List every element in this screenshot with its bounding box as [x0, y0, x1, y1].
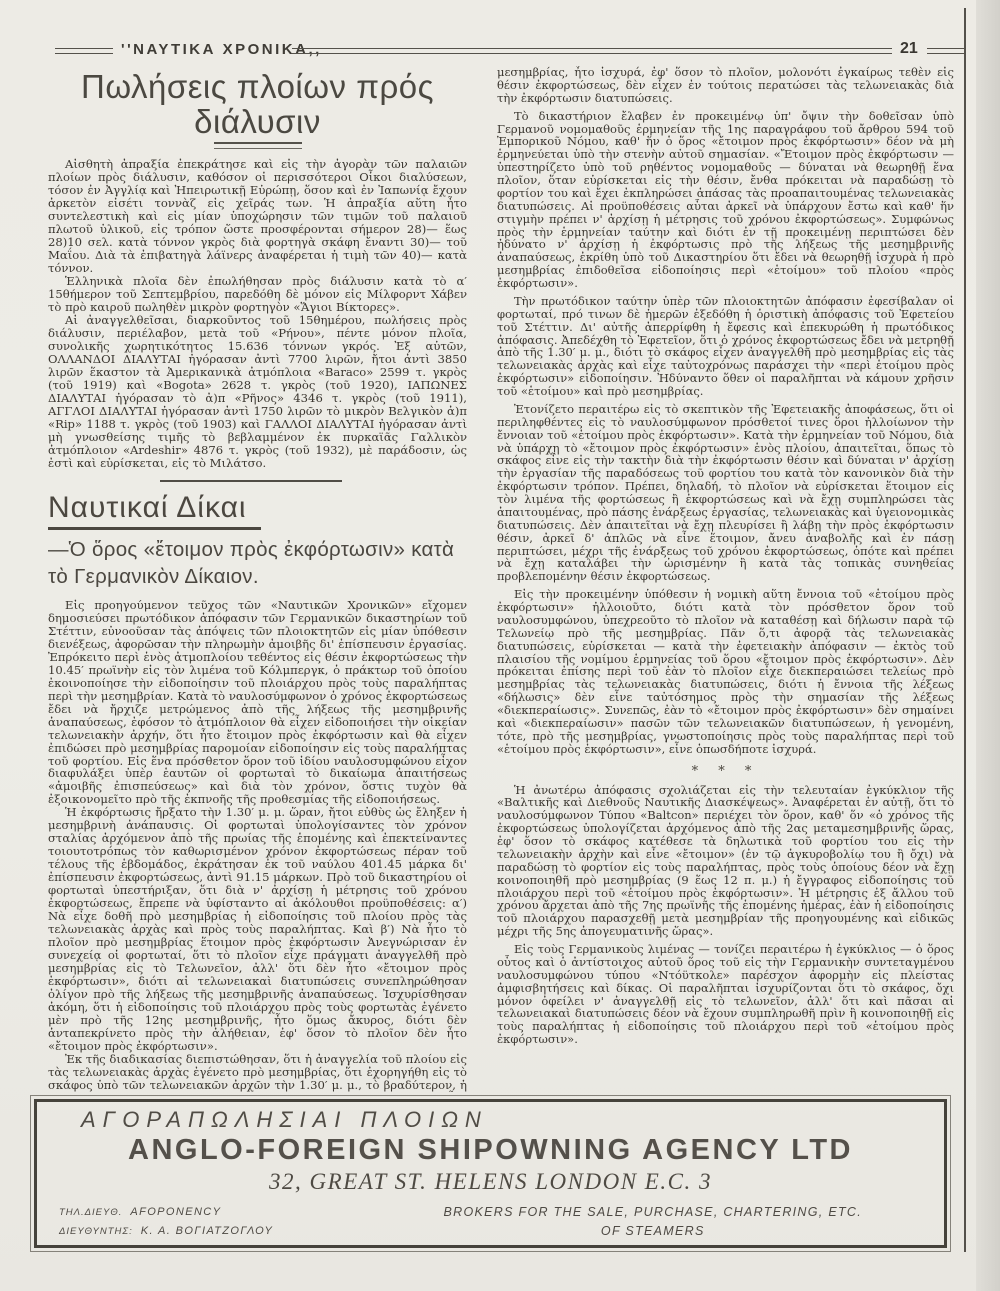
article-separator-rule	[160, 480, 342, 482]
section-paragraph: Ἡ ἐκφόρτωσις ἤρξατο τὴν 1.30′ μ. μ. ὥραν…	[48, 806, 467, 1053]
section-paragraph: Ἐτονίζετο περαιτέρω εἰς τὸ σκεπτικὸν τῆς…	[497, 403, 954, 583]
ad-telegraph-value: AFOPONENCY	[130, 1206, 221, 1218]
article-title: Πωλήσεις πλοίων πρός διάλυσιν	[48, 70, 467, 139]
left-column: Πωλήσεις πλοίων πρός διάλυσιν Αἰσθητὴ ἀπ…	[48, 66, 467, 1092]
ad-director-line: ΔΙΕΥΘΥΝΤΗΣ:Κ. Α. ΒΟΓΙΑΤΖΟΓΛΟΥ	[59, 1222, 273, 1241]
section-paragraph: Εἰς τοὺς Γερμανικοὺς λιμένας — τονίζει π…	[497, 943, 954, 1046]
ad-director-value: Κ. Α. ΒΟΓΙΑΤΖΟΓΛΟΥ	[141, 1225, 273, 1237]
ad-brokers-line1: BROKERS FOR THE SALE, PURCHASE, CHARTERI…	[444, 1203, 862, 1222]
masthead-rule-right	[927, 48, 965, 54]
page-number: 21	[900, 40, 918, 58]
section-paragraph: Τὸ δικαστήριον ἔλαβεν ἐν προκειμένῳ ὑπ' …	[497, 110, 954, 290]
section-subheading: —Ὁ ὅρος «ἔτοιμον πρὸς ἐκφόρτωσιν» κατὰ τ…	[48, 537, 467, 590]
right-column: μεσημβρίας, ἦτο ἰσχυρά, ἐφ' ὅσον τὸ πλοῖ…	[497, 66, 954, 1092]
ad-brokers-line2: OF STEAMERS	[444, 1222, 862, 1241]
section-paragraph: Εἰς προηγούμενον τεῦχος τῶν «Ναυτικῶν Χρ…	[48, 599, 467, 807]
ad-footer-row: ΤΗΛ.ΔΙΕΥΘ.AFOPONENCY ΔΙΕΥΘΥΝΤΗΣ:Κ. Α. ΒΟ…	[49, 1203, 932, 1242]
ad-heading: ΑΓΟΡΑΠΩΛΗΣΙΑΙ ΠΛΟΙΩΝ	[81, 1107, 932, 1133]
section-paragraph: Τὴν πρωτόδικον ταύτην ὑπὲρ τῶν πλοιοκτητ…	[497, 295, 954, 398]
masthead-rule-center	[292, 48, 892, 54]
article-paragraph: Αἰσθητὴ ἀπραξία ἐπεκράτησε καὶ εἰς τὴν ἀ…	[48, 158, 467, 275]
ad-brokers-block: BROKERS FOR THE SALE, PURCHASE, CHARTERI…	[444, 1203, 862, 1241]
advertisement-box: ΑΓΟΡΑΠΩΛΗΣΙΑΙ ΠΛΟΙΩΝ ANGLO-FOREIGN SHIPO…	[30, 1095, 951, 1252]
section-paragraph: Ἐκ τῆς διαδικασίας διεπιστώθησαν, ὅτι ἡ …	[48, 1053, 467, 1092]
ad-director-label: ΔΙΕΥΘΥΝΤΗΣ:	[59, 1226, 133, 1237]
magazine-page-scan: ''ΝΑΥΤΙΚΑ ΧΡΟΝΙΚΑ,, 21 Πωλήσεις πλοίων π…	[0, 0, 1000, 1291]
asterisk-separator: * * *	[497, 764, 954, 779]
article-paragraph: Αἱ ἀναγγελθεῖσαι, διαρκοῦντος τοῦ 15θημέ…	[48, 314, 467, 470]
advertisement-inner-border: ΑΓΟΡΑΠΩΛΗΣΙΑΙ ΠΛΟΙΩΝ ANGLO-FOREIGN SHIPO…	[34, 1099, 947, 1248]
ad-address: 32, GREAT ST. HELENS LONDON E.C. 3	[49, 1169, 932, 1195]
masthead-rule-left	[55, 48, 113, 54]
article-paragraph: Ἑλληνικὰ πλοῖα δὲν ἐπωλήθησαν πρὸς διάλυ…	[48, 275, 467, 314]
ad-telegraph-label: ΤΗΛ.ΔΙΕΥΘ.	[59, 1207, 122, 1218]
section-paragraph: Ἡ ἀνωτέρω ἀπόφασις σχολιάζεται εἰς τὴν τ…	[497, 784, 954, 939]
section-paragraph-continued: μεσημβρίας, ἦτο ἰσχυρά, ἐφ' ὅσον τὸ πλοῖ…	[497, 66, 954, 105]
ad-telegraph-line: ΤΗΛ.ΔΙΕΥΘ.AFOPONENCY	[59, 1203, 273, 1222]
title-rule	[214, 142, 302, 149]
section-paragraph: Εἰς τὴν προκειμένην ὑπόθεσιν ἡ νομικὴ αὕ…	[497, 588, 954, 755]
ad-contact-block: ΤΗΛ.ΔΙΕΥΘ.AFOPONENCY ΔΙΕΥΘΥΝΤΗΣ:Κ. Α. ΒΟ…	[59, 1203, 273, 1242]
page-edge-line	[964, 8, 966, 1252]
section-heading: Ναυτικαί Δίκαι	[48, 491, 261, 531]
ad-company-name: ANGLO-FOREIGN SHIPOWNING AGENCY LTD	[49, 1134, 932, 1167]
page-edge-shadow	[976, 0, 1000, 1291]
